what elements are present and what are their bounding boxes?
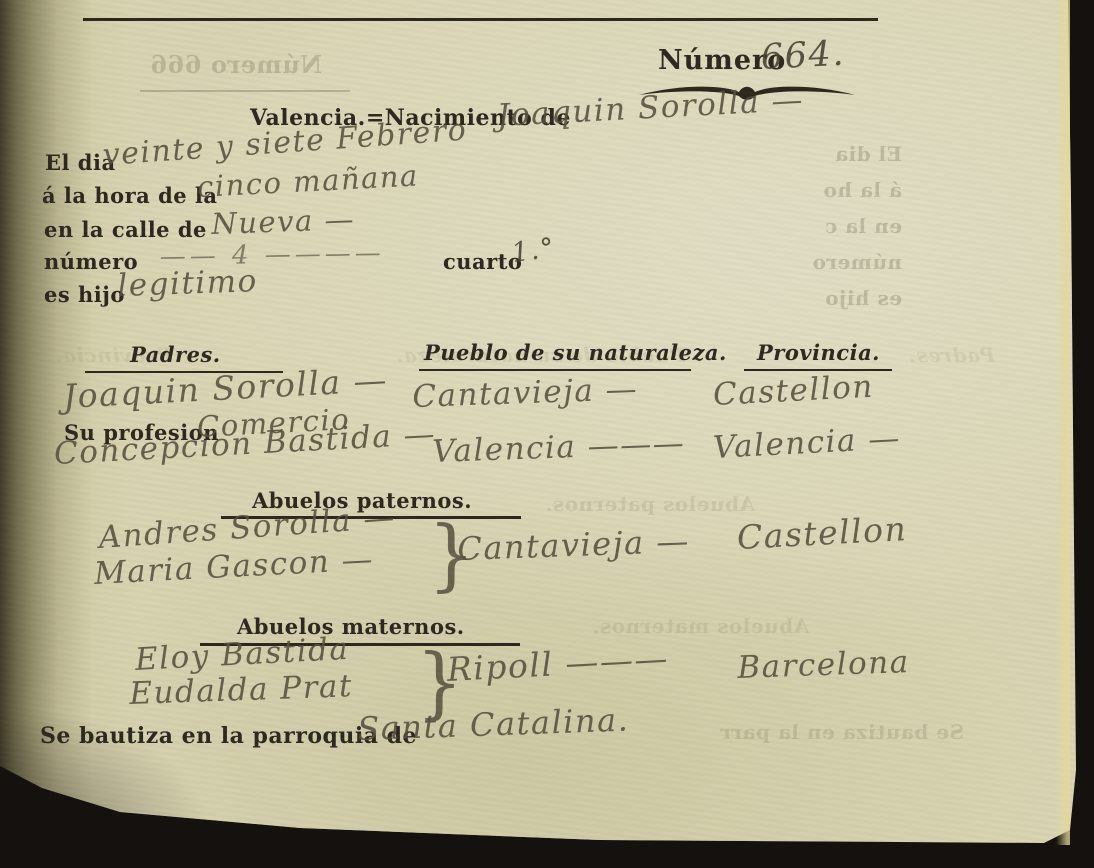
ghost-abuelos-paternos: Abuelos paternos. [545,492,755,516]
paper-sheet: Número 666 Número 664. Valencia.=Nacimie… [0,0,1094,868]
ghost-margin-labels: El dia á la ho en la c número es hijo [806,142,902,310]
abuelos-paternos-provincia: Castellon [736,509,908,557]
ghost-header: Padres. [909,343,995,367]
mother-provincia: Valencia — [712,420,902,466]
ghost-label: en la c [806,214,902,238]
ghost-label: es hijo [806,286,902,310]
abuelos-paternos-pueblo: Cantavieja — [457,522,691,568]
header-provincia: Provincia. [757,340,880,365]
father-provincia: Castellon [712,369,875,413]
baptism-parish-value: Santa Catalina. [357,701,630,748]
field-label-hora: á la hora de la [42,183,218,208]
field-value-hora: cinco mañana [196,158,419,204]
father-pueblo: Cantavieja — [412,371,639,415]
field-label-calle: en la calle de [44,217,207,242]
header-pueblo: Pueblo de su naturaleza. [424,340,727,365]
header-pueblo-underline [419,369,691,371]
ghost-label: El dia [806,142,902,166]
abuela-materna-name: Eudalda Prat [129,668,354,712]
ghost-baptism-label: Se bautiza en la parr [720,720,964,744]
header-padres: Padres. [130,342,221,367]
field-value-hijo: legitimo [117,263,259,304]
abuelos-maternos-provincia: Barcelona [737,644,910,686]
photographed-register-page: Número 666 Número 664. Valencia.=Nacimie… [0,0,1094,868]
ghost-abuelos-maternos: Abuelos maternos. [592,614,809,638]
ghost-label: á la ho [806,178,902,202]
mother-pueblo: Valencia ——— [432,425,686,470]
abuelos-maternos-pueblo: Ripoll ——— [446,638,670,689]
ghost-numero-ornament [140,90,350,92]
page-edge-highlight [1056,0,1070,845]
cuarto-label: cuarto [443,249,522,274]
numero-value-handwriting: 664. [760,34,846,78]
field-value-calle: Nueva — [211,202,356,241]
intro-name-handwriting: Joaquin Sorolla — [496,82,805,134]
top-rule [83,18,878,21]
field-label-hijo: es hijo [44,282,125,307]
ghost-numero-text: Número 666 [150,50,322,79]
ghost-label: número [806,250,902,274]
cuarto-value: 1.° [510,232,558,269]
